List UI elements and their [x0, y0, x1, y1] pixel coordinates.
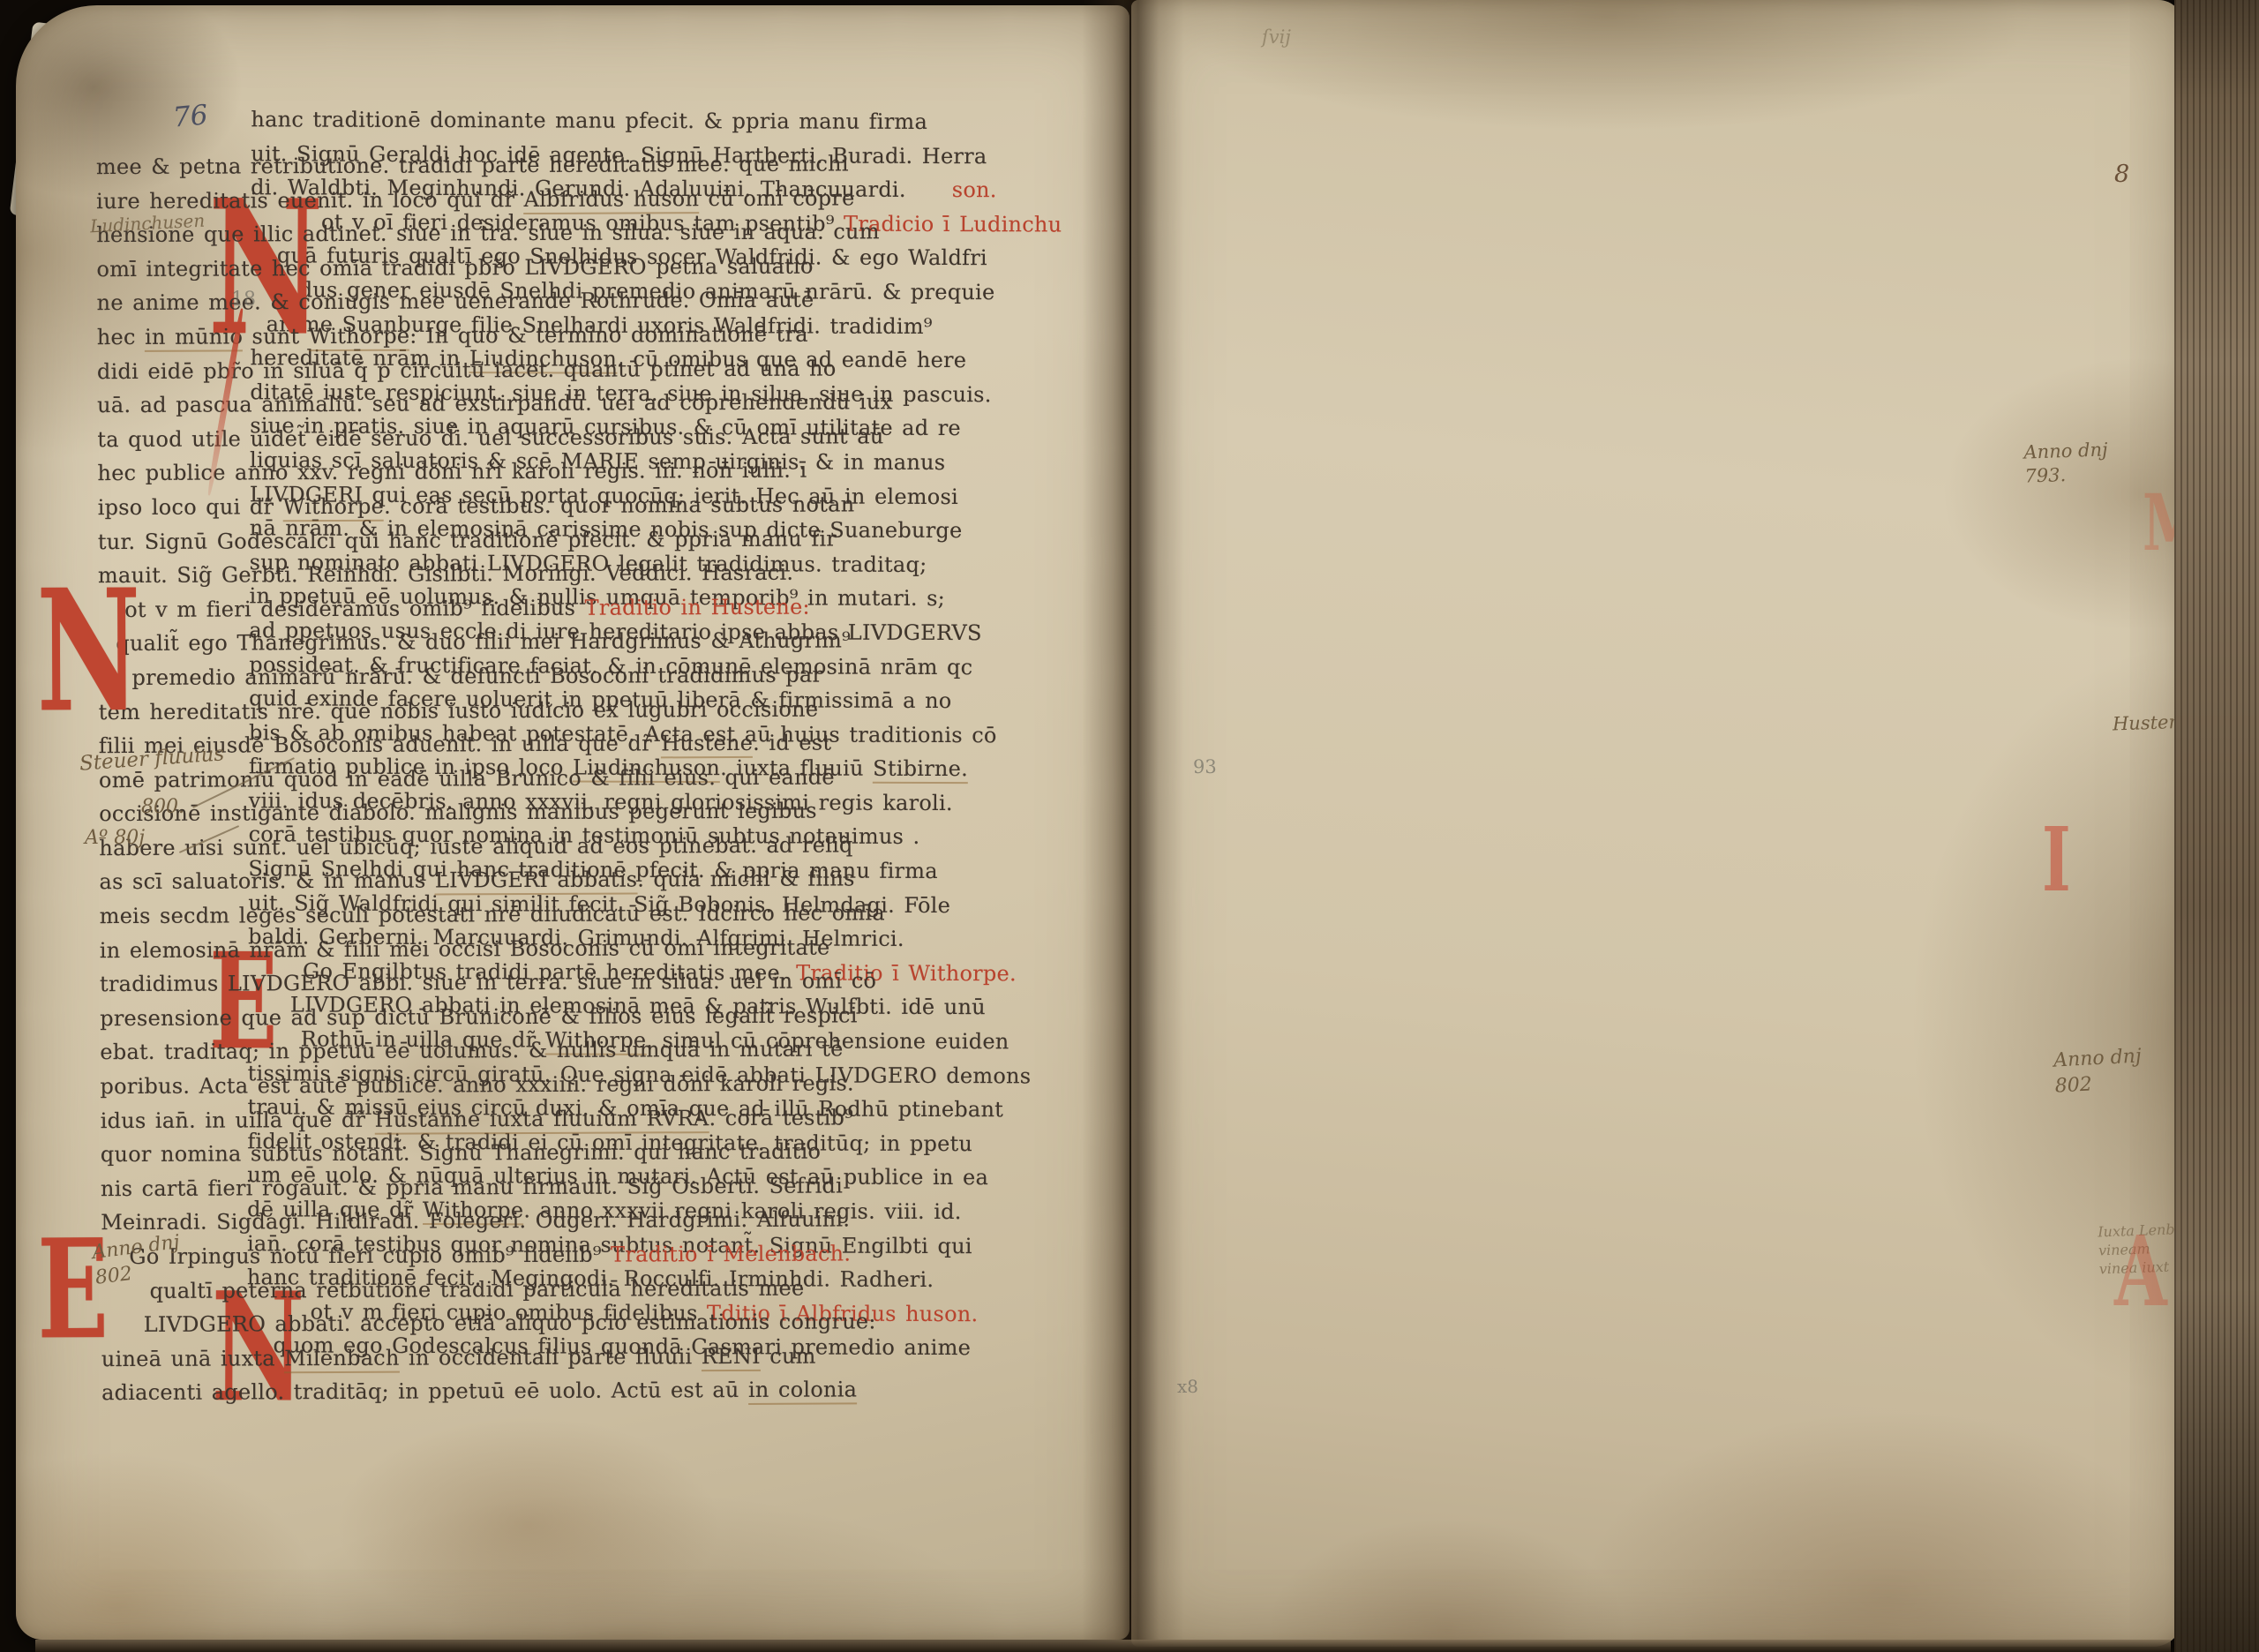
text-line: occisionē instigante diabolo. malignis m…: [99, 793, 968, 831]
text-line: iure hereditatis euenit. in loco qui dr̃…: [96, 180, 965, 218]
text-line: omī integritate hec omīa tradidi pbr̃o L…: [96, 249, 965, 287]
body-text: Withorpe: [283, 494, 385, 522]
text-line: nis cartā fieri rogauit. & ppria manu fi…: [101, 1168, 970, 1206]
body-text: LIVDGERO abbati. accepto etiā aliquo p̃c…: [144, 1309, 876, 1337]
body-text: RENI: [702, 1344, 761, 1371]
body-text: Hustanne iuxta fluuium RVRA: [375, 1106, 709, 1135]
body-text: ne anime mee. & coniugis mee uenerande R…: [97, 288, 814, 316]
text-line: meis secdm leges seculi potestati nrē di…: [100, 896, 969, 934]
text-line: idus ian̄. in uilla que dr̃ Hustanne iux…: [101, 1100, 970, 1138]
book-fore-edge: [2174, 0, 2259, 1652]
body-text: as scī saluatoris. & in manus: [99, 868, 435, 895]
body-text: Meinradi. Sigdagi. Hildiradi. Folegeri. …: [101, 1207, 850, 1235]
body-text: LIVDGERI abbatis: [435, 867, 637, 896]
text-line: omē patrimoniū quod in eadē uilla Brunic…: [99, 760, 968, 798]
faded-red-initial-i: I: [2042, 815, 2071, 904]
body-text: idus ian̄. in uilla que dr̃: [101, 1107, 375, 1132]
body-text: presensione que ad sup dictū Bruniconē &…: [100, 1002, 858, 1031]
body-text: hanc traditionē dominante manu pfecit. &…: [251, 107, 927, 134]
body-text: qualit̃ ego Thanegrimus. & duo filii mei…: [116, 628, 851, 657]
body-text: in elemosinā nrām & filii mei occisi Bos…: [100, 935, 830, 963]
body-text: meis secdm leges seculi potestati nrē di…: [100, 900, 885, 928]
body-text: adiacenti agello. traditāq; in ppetuū eē…: [101, 1378, 748, 1405]
text-line: ot v m fieri desideramus omib⁹ fidelibus…: [98, 589, 967, 627]
body-text: qualtī peterna retbutione tradidi partic…: [149, 1275, 804, 1303]
body-text: uā. ad pascua animaliū. seu ad exstirpan…: [97, 389, 892, 417]
body-text: iure hereditatis euenit. in loco qui dr̃: [96, 187, 524, 214]
folio-number-left: 76: [172, 99, 209, 133]
body-text: . corā testibus. quor nomina subtus nota…: [384, 492, 854, 518]
text-line: ebat. traditaq; in ppetuū eē uolumus. & …: [100, 1032, 969, 1070]
body-text: in colonia: [748, 1378, 857, 1406]
text-line: LIVDGERO abbati. accepto etiā aliquo p̃c…: [101, 1304, 971, 1342]
book-bottom-edge: [35, 1640, 2171, 1652]
body-text: nis cartā fieri rogauit. & ppria manu fi…: [101, 1173, 843, 1201]
body-text: omī integritate hec omīa tradidi pbr̃o L…: [96, 253, 813, 282]
margin-note-year-800: 800.: [141, 795, 184, 821]
body-text: : In quo & termino dominationē tra: [409, 322, 808, 349]
body-text: hec publice anno xxv. regni dōni nr̃i ka…: [97, 458, 807, 486]
body-text: didi eidē pbr̃o in siluā q̃ p circuitū i…: [97, 356, 837, 384]
body-text: hec: [97, 325, 145, 349]
text-line: qualtī peterna retbutione tradidi partic…: [101, 1270, 970, 1308]
right-text-block: mee & petna retributione. tradidi partē …: [96, 146, 971, 1410]
margin-note-anno-802-left: Anno dnj 802: [91, 1230, 184, 1291]
body-text: in mūnio: [145, 324, 243, 351]
text-line: uineā unā iuxta Milenbach in occidentali…: [101, 1339, 971, 1377]
text-line: filii mei eiusdē Bosoconis aduenit. in u…: [99, 725, 968, 763]
body-text: cū omī cōpre: [699, 185, 854, 211]
body-text: uineā unā iuxta: [101, 1346, 284, 1371]
body-text: sunt: [243, 324, 309, 349]
text-line: tradidimus LIVDGERO abbi. siue in terra.…: [100, 964, 969, 1002]
body-text: tem hereditatis nrē. que nobis iusto iud…: [99, 696, 819, 725]
text-line: as scī saluatoris. & in manus LIVDGERI a…: [99, 861, 968, 899]
text-line: hec publice anno xxv. regni dōni nr̃i ka…: [97, 453, 966, 491]
manuscript-photo: { "colors": { "parchment": "#d5c9ae", "i…: [0, 0, 2259, 1652]
margin-note-anno-793: Anno dnj 793.: [2023, 438, 2109, 489]
margin-note-pencil-93: 93: [1193, 755, 1217, 779]
body-text: occisionē instigante diabolo. malignis m…: [99, 799, 817, 827]
body-text: quor nomina subtus notant̃. Signū Thaneg…: [101, 1139, 821, 1168]
folio-number-right: 8: [2114, 161, 2129, 188]
body-text: . id est: [753, 731, 831, 755]
body-text: mauit. Sig̃ Gerbti. Reinhdi. Gisilbti. M…: [98, 560, 793, 588]
text-line: premedio animarū nrārū. & defuncti Bosoc…: [98, 657, 967, 695]
body-text: premedio animarū nrārū. & defuncti Bosoc…: [131, 662, 822, 689]
text-line: tem hereditatis nrē. que nobis iusto iud…: [99, 691, 968, 729]
text-line: hec in mūnio sunt Withorpe: In quo & ter…: [97, 317, 966, 355]
rubric-text: Traditio ī Melenbach.: [611, 1241, 851, 1266]
margin-note-anno-802-right: Anno dnj 802: [2053, 1044, 2143, 1099]
rubric-text: Traditio in Hustene:: [584, 594, 809, 619]
body-text: Albfridus huson: [524, 186, 700, 214]
text-line: presensione que ad sup dictū Bruniconē &…: [100, 998, 969, 1036]
text-line: Meinradi. Sigdagi. Hildiradi. Folegeri. …: [101, 1202, 970, 1240]
text-line: tur. Signū Godescalci qui hanc tradition…: [98, 521, 967, 559]
body-text: ipso loco qui dr̃: [98, 494, 283, 520]
body-text: cum: [761, 1343, 816, 1368]
body-text: tradidimus LIVDGERO abbi. siue in terra.…: [100, 969, 876, 997]
margin-note-year-801: Aº 80j: [85, 826, 145, 852]
text-line: poribus. Acta est autē publice. anno xxx…: [100, 1066, 969, 1104]
text-line: hensione que illic adtinet. siue in t̃ra…: [96, 214, 965, 252]
body-text: Withorpe: [309, 324, 410, 351]
margin-note-pencil-18: 18: [231, 288, 256, 313]
body-text: . corā testib⁹: [709, 1105, 853, 1130]
body-text: Hustene: [661, 731, 753, 758]
body-text: ebat. traditaq; in ppetuū eē uolumus. & …: [100, 1037, 843, 1065]
body-text: ot v m fieri desideramus omib⁹ fidelibus: [124, 595, 585, 621]
text-line: habere uisi sunt. uel ubicūq; iuste aliq…: [99, 828, 968, 866]
text-line: ipso loco qui dr̃ Withorpe. corā testibu…: [98, 487, 967, 525]
text-line: adiacenti agello. traditāq; in ppetuū eē…: [101, 1372, 971, 1410]
margin-note-pencil-x8: x8: [1177, 1375, 1198, 1398]
illuminated-initial: N: [36, 567, 141, 736]
text-line: Go Irpingus notū fieri cupio omib⁹ fidel…: [101, 1236, 970, 1274]
text-line: ne anime mee. & coniugis mee uenerande R…: [97, 282, 966, 320]
body-text: in occidentali parte fluuii: [400, 1344, 702, 1370]
body-text: poribus. Acta est autē publice. anno xxx…: [100, 1070, 853, 1099]
body-text: Milenbach: [284, 1345, 400, 1373]
text-line: mauit. Sig̃ Gerbti. Reinhdi. Gisilbti. M…: [98, 555, 967, 593]
text-line: mee & petna retributione. tradidi partē …: [96, 146, 965, 184]
quire-mark: ſvij: [1262, 26, 1291, 48]
text-line: hanc traditionē dominante manu pfecit. &…: [251, 102, 1120, 139]
body-text: Go Irpingus notū fieri cupio omib⁹ fidel…: [129, 1243, 611, 1269]
text-line: in elemosinā nrām & filii mei occisi Bos…: [100, 930, 969, 968]
body-text: mee & petna retributione. tradidi partē …: [96, 151, 849, 179]
text-line: qualit̃ ego Thanegrimus. & duo filii mei…: [98, 623, 967, 661]
body-text: hensione que illic adtinet. siue in t̃ra…: [96, 219, 880, 247]
body-text: tur. Signū Godescalci qui hanc tradition…: [98, 526, 837, 554]
faded-red-initial-a: A: [2114, 1223, 2167, 1320]
text-line: ta quod utile uidet̃ eidē seruo d̃i. uel…: [97, 419, 966, 457]
text-line: quor nomina subtus notant̃. Signū Thaneg…: [101, 1134, 970, 1172]
body-text: . quia michi & filiis: [637, 867, 855, 892]
page-right-folio-8: [1131, 0, 2183, 1647]
